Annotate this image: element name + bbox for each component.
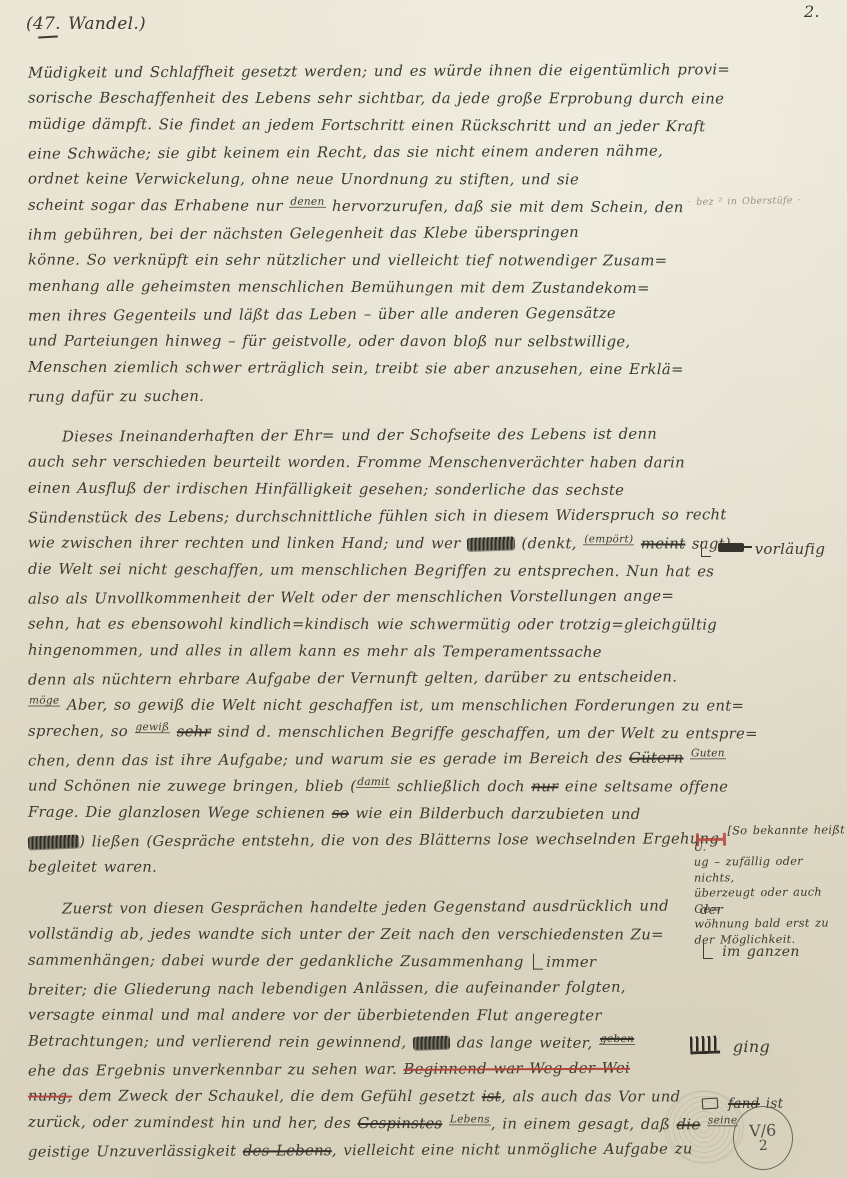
manuscript-line: begleitet waren.: [28, 854, 704, 882]
struck-text: nur: [531, 778, 558, 795]
manuscript-line: denn als nüchtern ehrbare Aufgabe der Ve…: [28, 663, 704, 693]
manuscript-line: sehn, hat es ebensowohl kindlich=kindisc…: [28, 611, 704, 639]
struck-text: sehr: [177, 723, 211, 740]
manuscript-line: scheint sogar das Erhabene nur denen her…: [28, 192, 704, 222]
manuscript-line: liefern) ließen (Gespräche entstehn, die…: [28, 825, 704, 855]
vorlaeufig-text: vorläufig: [755, 540, 826, 558]
manuscript-line: ihm gebühren, bei der nächsten Gelegenhe…: [28, 218, 704, 248]
manuscript-line: sprechen, so gewiß sehr sind d. menschli…: [28, 718, 704, 748]
scribbled-out-word: [718, 543, 744, 552]
page-number: 2.: [804, 2, 820, 21]
paragraph-1: Müdigkeit und Schlaffheit gesetzt werden…: [28, 58, 704, 409]
margin-note-line: ug – zufällig oder nichts,: [694, 853, 846, 885]
manuscript-line: einen Ausfluß der irdischen Hinfälligkei…: [28, 475, 704, 505]
manuscript-line: versagte einmal und mal andere vor der ü…: [28, 1002, 704, 1030]
manuscript-line: sammenhängen; dabei wurde der gedanklich…: [28, 947, 704, 977]
manuscript-line: breiter; die Gliederung nach lebendigen …: [28, 973, 704, 1003]
struck-text: meint: [641, 535, 686, 552]
interlinear-insertion: damit: [356, 776, 390, 787]
manuscript-line: die Welt sei nicht geschaffen, um mensch…: [28, 556, 704, 586]
struck-text: des Lebens: [243, 1142, 332, 1159]
manuscript-line: könne. So verknüpft ein sehr nützlicher …: [28, 247, 704, 275]
struck-text: so: [332, 805, 349, 822]
signature-line2: 2: [759, 1139, 768, 1154]
manuscript-line: vollständig ab, jedes wandte sich unter …: [28, 921, 704, 949]
embossed-blind-stamp: [664, 1090, 744, 1164]
manuscript-line: sorische Beschaffenheit des Lebens sehr …: [28, 85, 704, 113]
interlinear-insertion: gewiß: [135, 722, 171, 733]
manuscript-line: Betrachtungen; und verlierend rein gewin…: [28, 1028, 704, 1058]
blotted-word: liefern: [28, 835, 80, 850]
interlinear-insertion: Guten: [690, 748, 726, 759]
manuscript-line: also als Unvollkommenheit der Welt oder …: [28, 582, 704, 612]
interlinear-insertion: möge: [28, 695, 60, 706]
insert-bracket-icon: [703, 943, 713, 959]
manuscript-line: ordnet keine Verwickelung, ohne neue Uno…: [28, 166, 704, 194]
manuscript-line: eine Schwäche; sie gibt keinem ein Recht…: [28, 137, 704, 167]
margin-note-line: [So bekannte heißt U.: [693, 822, 845, 854]
struck-text: Gespinstes: [357, 1115, 442, 1132]
manuscript-line: zurück, oder zumindest hin und her, des …: [28, 1109, 704, 1139]
paragraph-3: Zuerst von diesen Gesprächen handelte je…: [28, 894, 704, 1164]
blotted-word: wähnt: [467, 536, 515, 551]
manuscript-line: auch sehr verschieden beurteilt worden. …: [28, 449, 704, 477]
margin-note-block: [So bekannte heißt U. ug – zufällig oder…: [693, 822, 846, 947]
hatched-box-mark-icon: [690, 1035, 721, 1054]
manuscript-line: menhang alle geheimsten menschlichen Bem…: [28, 273, 704, 303]
interlinear-insertion: denen: [289, 196, 325, 207]
ging-text: ging: [733, 1037, 770, 1056]
blotted-word: stets: [413, 1036, 451, 1050]
manuscript-line: Dieses Ineinanderhaften der Ehr= und der…: [28, 420, 704, 450]
manuscript-line: Menschen ziemlich schwer erträglich sein…: [28, 354, 704, 384]
signature-line1: V/6: [749, 1122, 777, 1140]
interlinear-insertion: Lebens: [449, 1114, 491, 1125]
red-struck-text: nung,: [28, 1088, 72, 1105]
im-ganzen-text: im ganzen: [722, 944, 799, 960]
manuscript-line: chen, denn das ist ihre Aufgabe; und war…: [28, 744, 704, 774]
manuscript-line: und Parteiungen hinweg – für geistvolle,…: [28, 328, 704, 356]
insert-bracket-icon: [701, 541, 711, 557]
insert-bracket-icon: [533, 954, 543, 970]
im-ganzen-margin-note: im ganzen: [700, 943, 800, 960]
vorlaeufig-margin-note: vorläufig: [698, 540, 825, 558]
manuscript-line: geistige Unzuverlässigkeit des Lebens, v…: [28, 1135, 704, 1165]
pencil-margin-note: · bez ² in Oberstüfe ·: [688, 195, 801, 208]
struck-text: Gütern: [629, 749, 684, 766]
manuscript-line: Müdigkeit und Schlaffheit gesetzt werden…: [28, 56, 704, 86]
archive-signature-stamp: V/6 2: [732, 1105, 794, 1171]
chapter-heading: (47. Wandel.): [26, 14, 146, 34]
manuscript-line: ehe das Ergebnis unverkennbar zu sehen w…: [28, 1054, 704, 1084]
manuscript-line: hingenommen, und alles in allem kann es …: [28, 637, 704, 667]
manuscript-line: möge Aber, so gewiß die Welt nicht gesch…: [28, 692, 704, 720]
manuscript-line: und Schönen nie zuwege bringen, blieb (d…: [28, 773, 704, 801]
margin-word-der: der: [700, 903, 723, 918]
red-struck-text: Beginnend war Weg der Wei: [403, 1060, 630, 1078]
struck-text: ist: [482, 1088, 501, 1105]
manuscript-line: Frage. Die glanzlosen Wege schienen so w…: [28, 799, 704, 829]
manuscript-line: Sündenstück des Lebens; durchschnittlich…: [28, 501, 704, 531]
manuscript-page: (47. Wandel.) 2. Müdigkeit und Schlaffhe…: [0, 0, 847, 1178]
manuscript-line: Zuerst von diesen Gesprächen handelte je…: [28, 892, 704, 922]
struck-text: geben: [600, 1032, 634, 1044]
manuscript-line: men ihres Gegenteils und läßt das Leben …: [28, 299, 704, 329]
heading-underline-mark: [38, 35, 58, 38]
manuscript-line: rung dafür zu suchen.: [28, 380, 704, 410]
manuscript-text: Müdigkeit und Schlaffheit gesetzt werden…: [28, 58, 704, 1177]
manuscript-line: nung, dem Zweck der Schaukel, die dem Ge…: [28, 1083, 704, 1111]
interlinear-insertion: geben: [599, 1033, 635, 1044]
manuscript-line: wie zwischen ihrer rechten und linken Ha…: [28, 530, 704, 558]
manuscript-line: müdige dämpft. Sie findet an jedem Forts…: [28, 111, 704, 141]
ging-margin-note: ging: [690, 1036, 770, 1056]
paragraph-2: Dieses Ineinanderhaften der Ehr= und der…: [28, 422, 704, 881]
interlinear-insertion: (empört): [583, 534, 634, 545]
